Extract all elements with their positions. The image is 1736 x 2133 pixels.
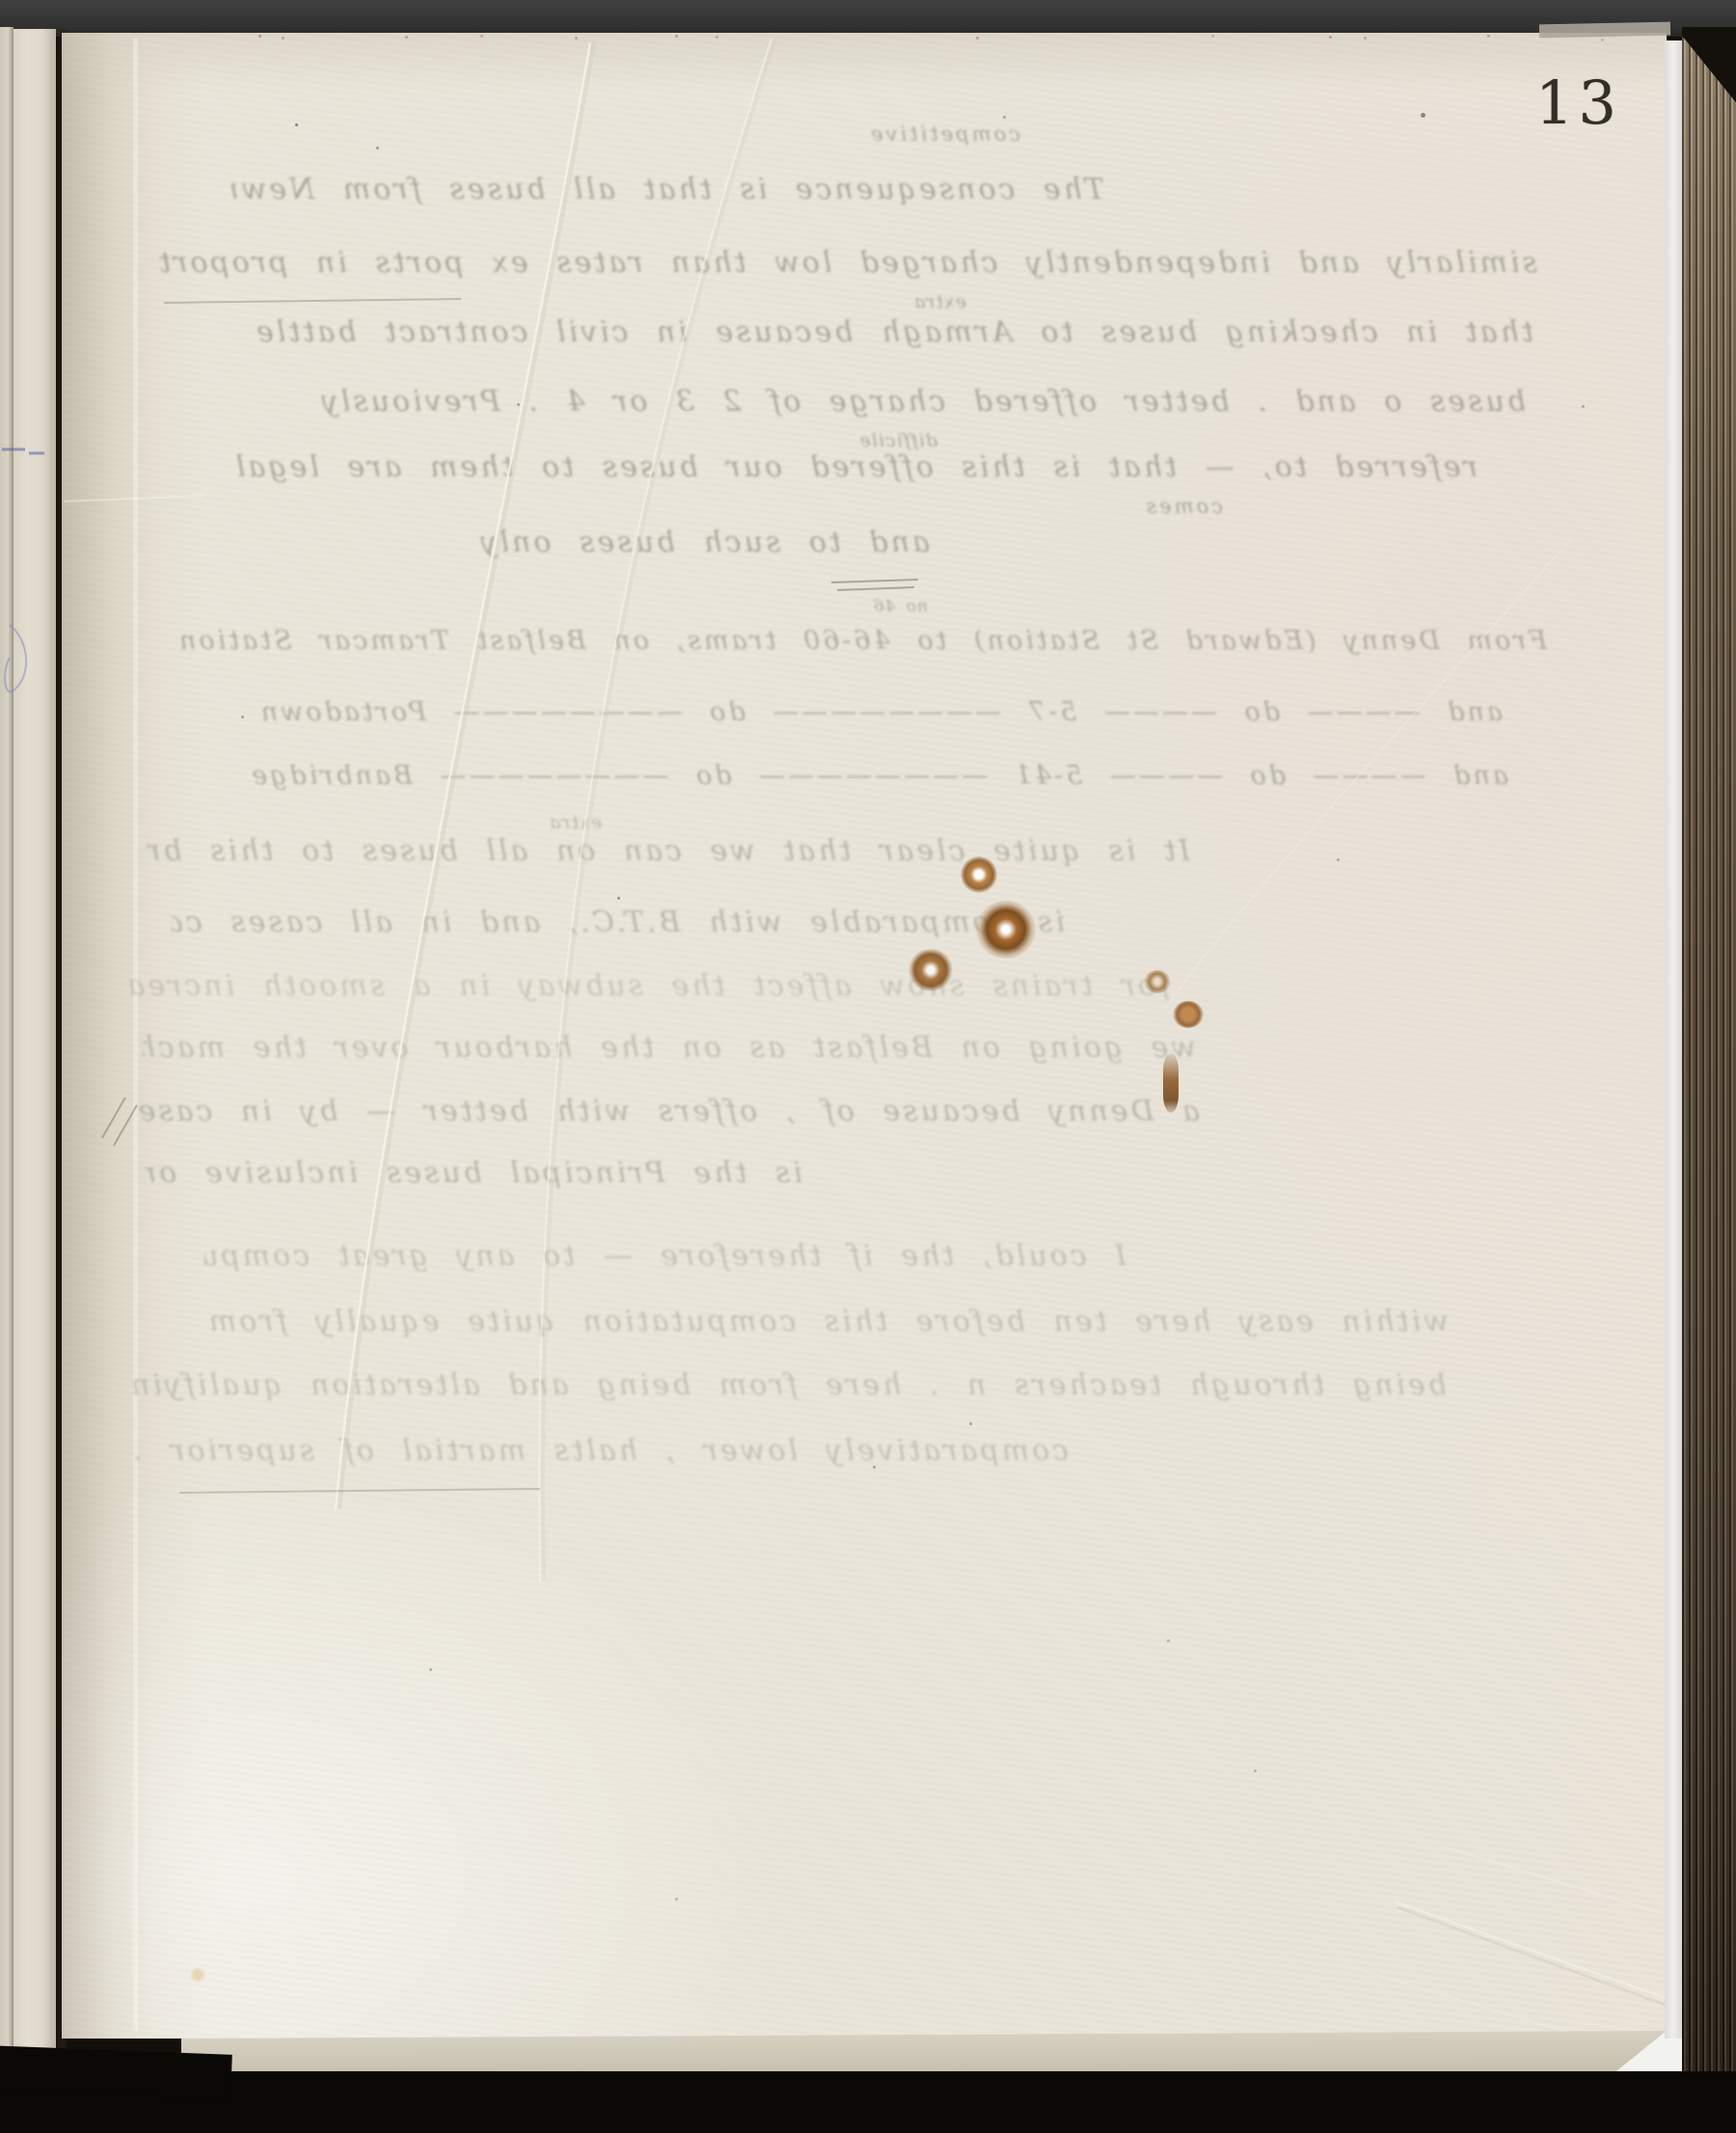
underline [179, 1489, 540, 1493]
crease-lines [0, 0, 1736, 2133]
fore-edge-sliver [1665, 40, 1684, 2038]
bottom-left-background-wedge [0, 2045, 232, 2099]
slash-marks [102, 1097, 137, 1146]
underline [164, 299, 461, 303]
blue-pencil-squiggle [5, 625, 26, 691]
bottom-background [0, 2071, 1736, 2133]
top-right-page-edge-sliver [1539, 22, 1670, 39]
double-underline [831, 580, 918, 590]
book-scan: competitive The consequence is that all … [0, 0, 1736, 2133]
page-number: 13 [1535, 67, 1621, 138]
blue-pencil-dashes [2, 449, 44, 453]
page-stack-fore-edge [1682, 27, 1736, 2083]
